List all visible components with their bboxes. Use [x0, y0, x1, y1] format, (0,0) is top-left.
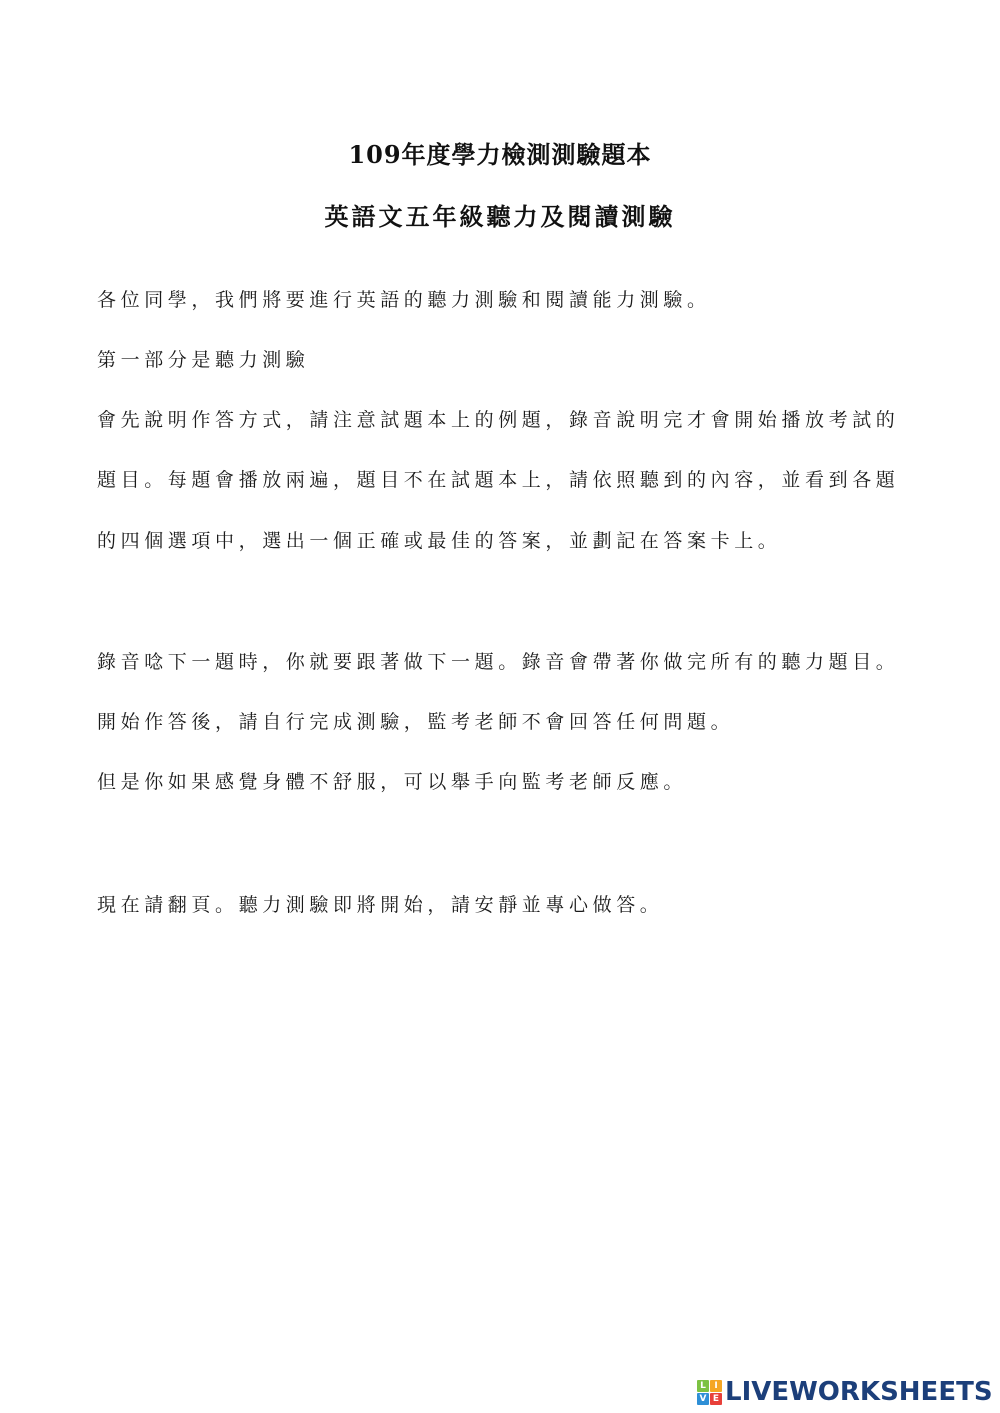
logo-blocks-icon: L I V E [697, 1380, 722, 1405]
worksheet-page: 109年度學力檢測測驗題本 英語文五年級聽力及閱讀測驗 各位同學，我們將要進行英… [0, 0, 1000, 1413]
instructions-line-5: 開始作答後，請自行完成測驗，監考老師不會回答任何問題。 [97, 710, 734, 734]
logo-block-l: L [697, 1380, 709, 1392]
liveworksheets-logo: L I V E LIVEWORKSHEETS [697, 1378, 993, 1406]
turn-page-notice: 現在請翻頁。聽力測驗即將開始，請安靜並專心做答。 [97, 893, 663, 917]
instructions-line-2: 題目。每題會播放兩遍，題目不在試題本上，請依照聽到的內容，並看到各題 [97, 468, 899, 492]
intro-paragraph: 各位同學，我們將要進行英語的聽力測驗和閱讀能力測驗。 [97, 288, 711, 312]
logo-wordmark: LIVEWORKSHEETS [725, 1378, 993, 1406]
instructions-line-3: 的四個選項中，選出一個正確或最佳的答案，並劃記在答案卡上。 [97, 529, 781, 553]
instructions-line-6: 但是你如果感覺身體不舒服，可以舉手向監考老師反應。 [97, 770, 687, 794]
logo-block-v: V [697, 1393, 709, 1405]
instructions-line-4: 錄音唸下一題時，你就要跟著做下一題。錄音會帶著你做完所有的聽力題目。 [97, 650, 899, 674]
logo-block-e: E [710, 1393, 722, 1405]
document-title: 109年度學力檢測測驗題本 [0, 135, 1000, 170]
logo-block-i: I [710, 1380, 722, 1392]
section-heading-listening: 第一部分是聽力測驗 [97, 348, 309, 372]
document-subtitle: 英語文五年級聽力及閱讀測驗 [0, 197, 1000, 232]
instructions-line-1: 會先說明作答方式，請注意試題本上的例題，錄音說明完才會開始播放考試的 [97, 408, 899, 432]
